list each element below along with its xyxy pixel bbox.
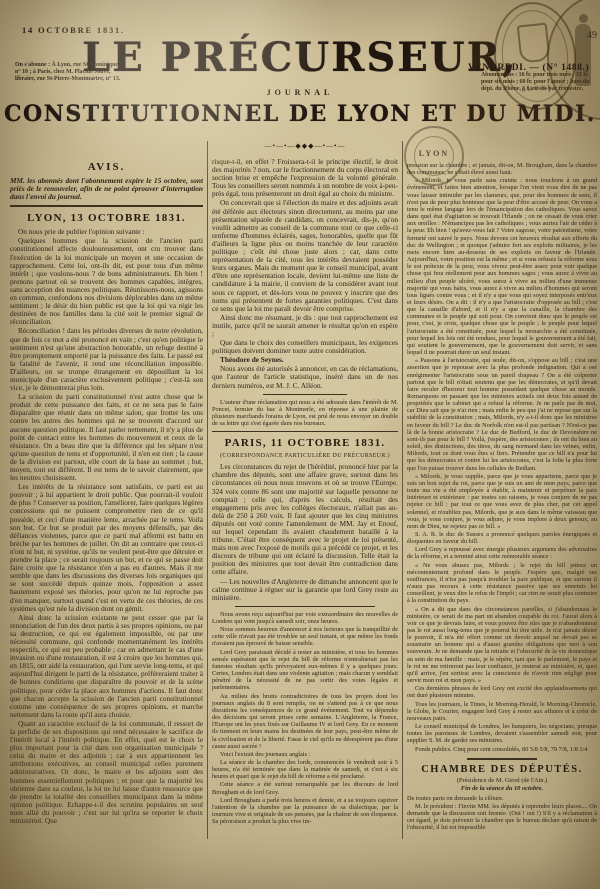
paragraph: Ces dernières phrases de lord Grey ont e… — [407, 685, 597, 699]
article-columns: AVIS. MM. les abonnés dont l'abonnement … — [10, 141, 597, 866]
avis-text: MM. les abonnés dont l'abonnement expire… — [10, 177, 203, 201]
paragraph: Nous avons reçu aujourd'hui par voie ext… — [212, 611, 398, 625]
paragraph: M. le président : J'invite MM. les déput… — [407, 803, 597, 832]
paragraph: On nous prie de publier l'opinion suivan… — [10, 228, 203, 236]
paragraph: Les circonstances du rejet de l'hérédité… — [212, 463, 398, 576]
subscription-rates: Abonnemens : 16 fr. pour trois mois ; 31… — [481, 72, 593, 93]
paragraph: S. A. R. le duc de Sussex a prononcé que… — [407, 531, 597, 545]
section-rule — [467, 758, 537, 760]
page-mark: 49 — [587, 30, 597, 41]
column-divider — [207, 141, 208, 839]
paragraph: Voici l'extrait des journaux anglais : — [212, 751, 398, 758]
lyon-dateline: LYON, 13 OCTOBRE 1831. — [10, 212, 203, 224]
paragraph: Ainsi donc la scission existante ne peut… — [10, 614, 203, 719]
paragraph: Tous les journaux, le Times, le Morning-… — [407, 701, 597, 722]
paragraph: Lord Grey a repoussé avec énergie plusie… — [407, 546, 597, 560]
paragraph: « Ne vous abusez pas, Milords ; le rejet… — [407, 562, 597, 605]
section-rule — [263, 394, 347, 395]
section-rule — [10, 205, 203, 207]
paris-dateline: PARIS, 11 OCTOBRE 1831. — [212, 437, 398, 449]
correspondence-subhead: (CORRESPONDANCE PARTICULIÈRE DU PRÉCURSE… — [212, 453, 398, 459]
paragraph: La scission du parti constitutionnel n'e… — [10, 393, 203, 482]
paragraph: Au milieu des bruits contradictoires de … — [212, 693, 398, 750]
notice-paragraph: Nous avons été autorisés à annoncer, en … — [212, 365, 398, 389]
paragraph: Quelques hommes que la scission de l'anc… — [10, 237, 203, 326]
paragraph: Nous sommes heureux d'annoncer à nos lec… — [212, 626, 398, 647]
subscription-address: On s'abonne : À Lyon, rue St-Dominique, … — [15, 62, 125, 83]
paragraph: Fonds publics. Cinq pour cent consolidés… — [407, 746, 597, 753]
paragraph: Ainsi donc me résumant, je dis : que tou… — [212, 314, 398, 338]
chambre-presidence: (Présidence de M. Girod (de l'Ain.) — [407, 777, 597, 784]
paragraph: — Les nouvelles d'Angleterre de dimanche… — [212, 578, 398, 602]
newspaper-page: 14 OCTOBRE 1831. VENDREDI. — (N° 1488.) … — [0, 0, 600, 889]
paragraph: Lord Grey paraissait décidé à rester au … — [212, 649, 398, 692]
chambre-heading: CHAMBRE DES DÉPUTÉS. — [407, 764, 597, 775]
paragraph: Les intérêts de la résistance sont satis… — [10, 483, 203, 613]
paragraph: Réconciliation ! dans les périodes diver… — [10, 327, 203, 392]
chambre-seance: Fin de la séance du 10 octobre. — [407, 785, 597, 792]
paragraph: De toutes parts on demande la clôture. — [407, 795, 597, 802]
column-middle: —•—•—◆◆◆—•—•— risque-t-il, en effet ? Fr… — [212, 141, 398, 843]
section-rule — [212, 431, 398, 432]
column-right: pression sur la chambre ; et jamais, dit… — [407, 141, 597, 866]
column-divider — [402, 141, 403, 839]
paragraph: Le conseil municipal de Londres, les ban… — [407, 723, 597, 744]
paragraph: La séance de la chambre des lords, comme… — [212, 759, 398, 780]
paragraph: « Milords, je vous supplie, parce que je… — [407, 473, 597, 530]
notice-paragraph: L'auteur d'une réclamation qui nous a ét… — [212, 399, 398, 428]
paragraph: risque-t-il, en effet ? Froissera-t-il l… — [212, 158, 398, 198]
section-rule — [235, 606, 375, 607]
paragraph: Que dans le choix des conseillers munici… — [212, 339, 398, 355]
paragraph: « Passons à l'aristocratie, qui seule, d… — [407, 357, 597, 472]
masthead-subtitle: CONSTITUTIONNEL DE LYON ET DU MIDI. — [0, 101, 600, 127]
paragraph: Lord Brougham a parlé trois heures et de… — [212, 797, 398, 826]
figure-head — [579, 14, 588, 23]
issue-number: VENDREDI. — (N° 1488.) — [468, 63, 589, 73]
ornament-divider: —•—•—◆◆◆—•—•— — [212, 142, 398, 150]
author-signature: Théodore de Seynes. — [212, 356, 398, 364]
column-left: AVIS. MM. les abonnés dont l'abonnement … — [10, 141, 203, 861]
avis-heading: AVIS. — [10, 161, 203, 173]
paragraph: « Milords, je vous parle sans crainte : … — [407, 177, 597, 356]
paragraph: On concevrait que si l'élection du maire… — [212, 199, 398, 312]
paragraph: Cette séance a été surtout remarquable p… — [212, 781, 398, 795]
paragraph: Quant au caractère exclusif de la loi co… — [10, 720, 203, 825]
paragraph: pression sur la chambre ; et jamais, dit… — [407, 162, 597, 176]
paragraph: « On a dit que dans des circonstances pa… — [407, 606, 597, 685]
